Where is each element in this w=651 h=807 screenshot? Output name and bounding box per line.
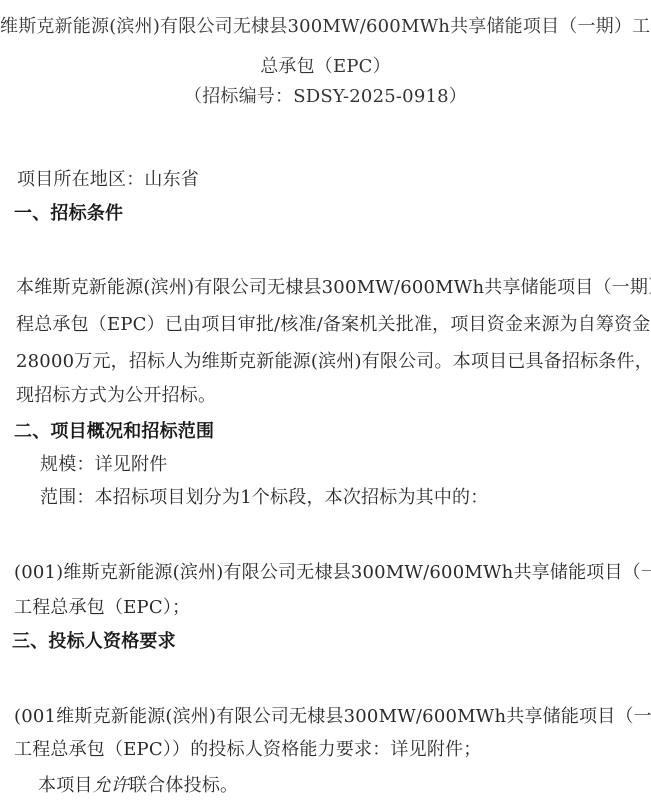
consortium-prefix: 本项目: [38, 775, 93, 796]
project-scale: 规模：详见附件: [40, 454, 167, 476]
project-region: 项目所在地区：山东省: [17, 169, 199, 191]
document-title-line1: 维斯克新能源(滨州)有限公司无棣县300MW/600MWh共享储能项目（一期）工…: [0, 16, 651, 38]
lot-line: (001)维斯克新能源(滨州)有限公司无棣县300MW/600MWh共享储能项目…: [14, 562, 651, 584]
paragraph-line: 28000万元，招标人为维斯克新能源(滨州)有限公司。本项目已具备招标条件，: [16, 351, 651, 373]
consortium-allowed: 允许: [93, 775, 129, 796]
paragraph-line: 现招标方式为公开招标。: [16, 385, 216, 407]
consortium-statement: 本项目允许联合体投标。: [38, 775, 238, 797]
tender-number: （招标编号：SDSY-2025-0918）: [0, 86, 651, 108]
section-heading-project-overview: 二、项目概况和招标范围: [14, 421, 214, 443]
requirement-line: (001维斯克新能源(滨州)有限公司无棣县300MW/600MWh共享储能项目（…: [14, 706, 651, 728]
consortium-suffix: 联合体投标。: [129, 775, 238, 796]
project-scope: 范围：本招标项目划分为1个标段，本次招标为其中的：: [40, 487, 488, 509]
section-heading-tender-conditions: 一、招标条件: [14, 203, 123, 225]
requirement-line: 工程总承包（EPC））的投标人资格能力要求：详见附件；: [14, 739, 481, 761]
lot-line: 工程总承包（EPC）；: [14, 597, 190, 619]
paragraph-line: 本维斯克新能源(滨州)有限公司无棣县300MW/600MWh共享储能项目（一期）…: [16, 277, 651, 299]
paragraph-line: 程总承包（EPC）已由项目审批/核准/备案机关批准，项目资金来源为自筹资金: [16, 314, 651, 336]
section-heading-bidder-qualifications: 三、投标人资格要求: [12, 631, 176, 653]
document-title-line2: 总承包（EPC）: [0, 56, 651, 78]
